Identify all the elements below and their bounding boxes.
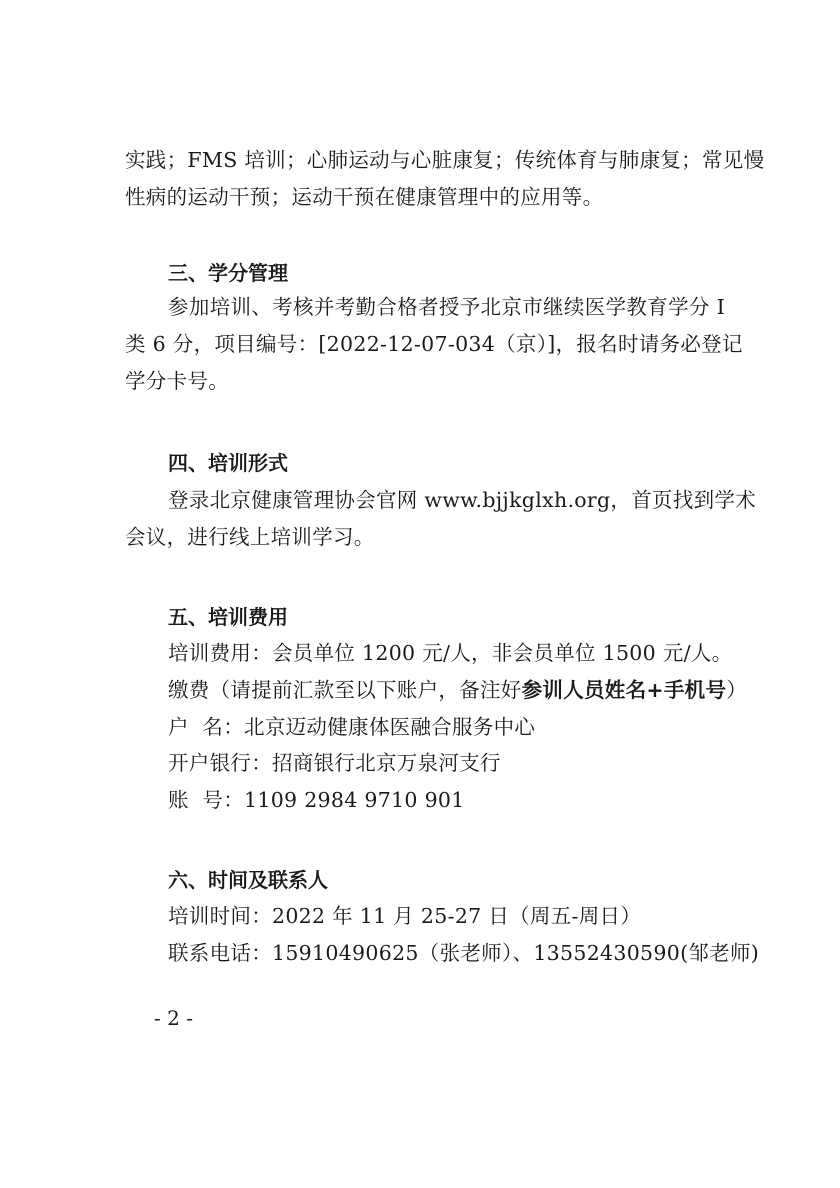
account-number: 账 号：1109 2984 9710 901: [168, 788, 725, 812]
section-heading-credits: 三、学分管理: [168, 261, 288, 285]
training-time: 培训时间：2022 年 11 月 25-27 日（周五-周日）: [168, 904, 725, 928]
body-text-line: 类 6 分，项目编号：[2022-12-07-034（京）]，报名时请务必登记: [125, 332, 725, 356]
body-text-line: 实践；FMS 培训；心肺运动与心脏康复；传统体育与肺康复；常见慢: [125, 148, 725, 172]
payment-note-prefix: 缴费（请提前汇款至以下账户，备注好: [168, 678, 522, 702]
fee-line: 培训费用：会员单位 1200 元/人，非会员单位 1500 元/人。: [168, 641, 725, 665]
payment-note-suffix: ）: [726, 678, 747, 702]
account-name: 户 名：北京迈动健康体医融合服务中心: [168, 715, 725, 739]
body-text-line: 学分卡号。: [125, 369, 725, 393]
body-text-line: 参加培训、考核并考勤合格者授予北京市继续医学教育学分 I: [168, 295, 725, 319]
contact-phone: 联系电话：15910490625（张老师）、13552430590(邹老师): [168, 941, 725, 965]
section-heading-fees: 五、培训费用: [168, 605, 288, 629]
payment-note-bold: 参训人员姓名+手机号: [522, 678, 727, 702]
body-text-line: 会议，进行线上培训学习。: [125, 525, 725, 549]
section-heading-format: 四、培训形式: [168, 451, 288, 475]
section-heading-time-contact: 六、时间及联系人: [168, 868, 328, 892]
body-text-line: 性病的运动干预；运动干预在健康管理中的应用等。: [125, 185, 725, 209]
bank-name: 开户银行：招商银行北京万泉河支行: [168, 751, 725, 775]
body-text-line: 登录北京健康管理协会官网 www.bjjkglxh.org，首页找到学术: [168, 488, 725, 512]
payment-note: 缴费（请提前汇款至以下账户，备注好参训人员姓名+手机号）: [168, 678, 725, 702]
page-number: - 2 -: [154, 1006, 193, 1030]
